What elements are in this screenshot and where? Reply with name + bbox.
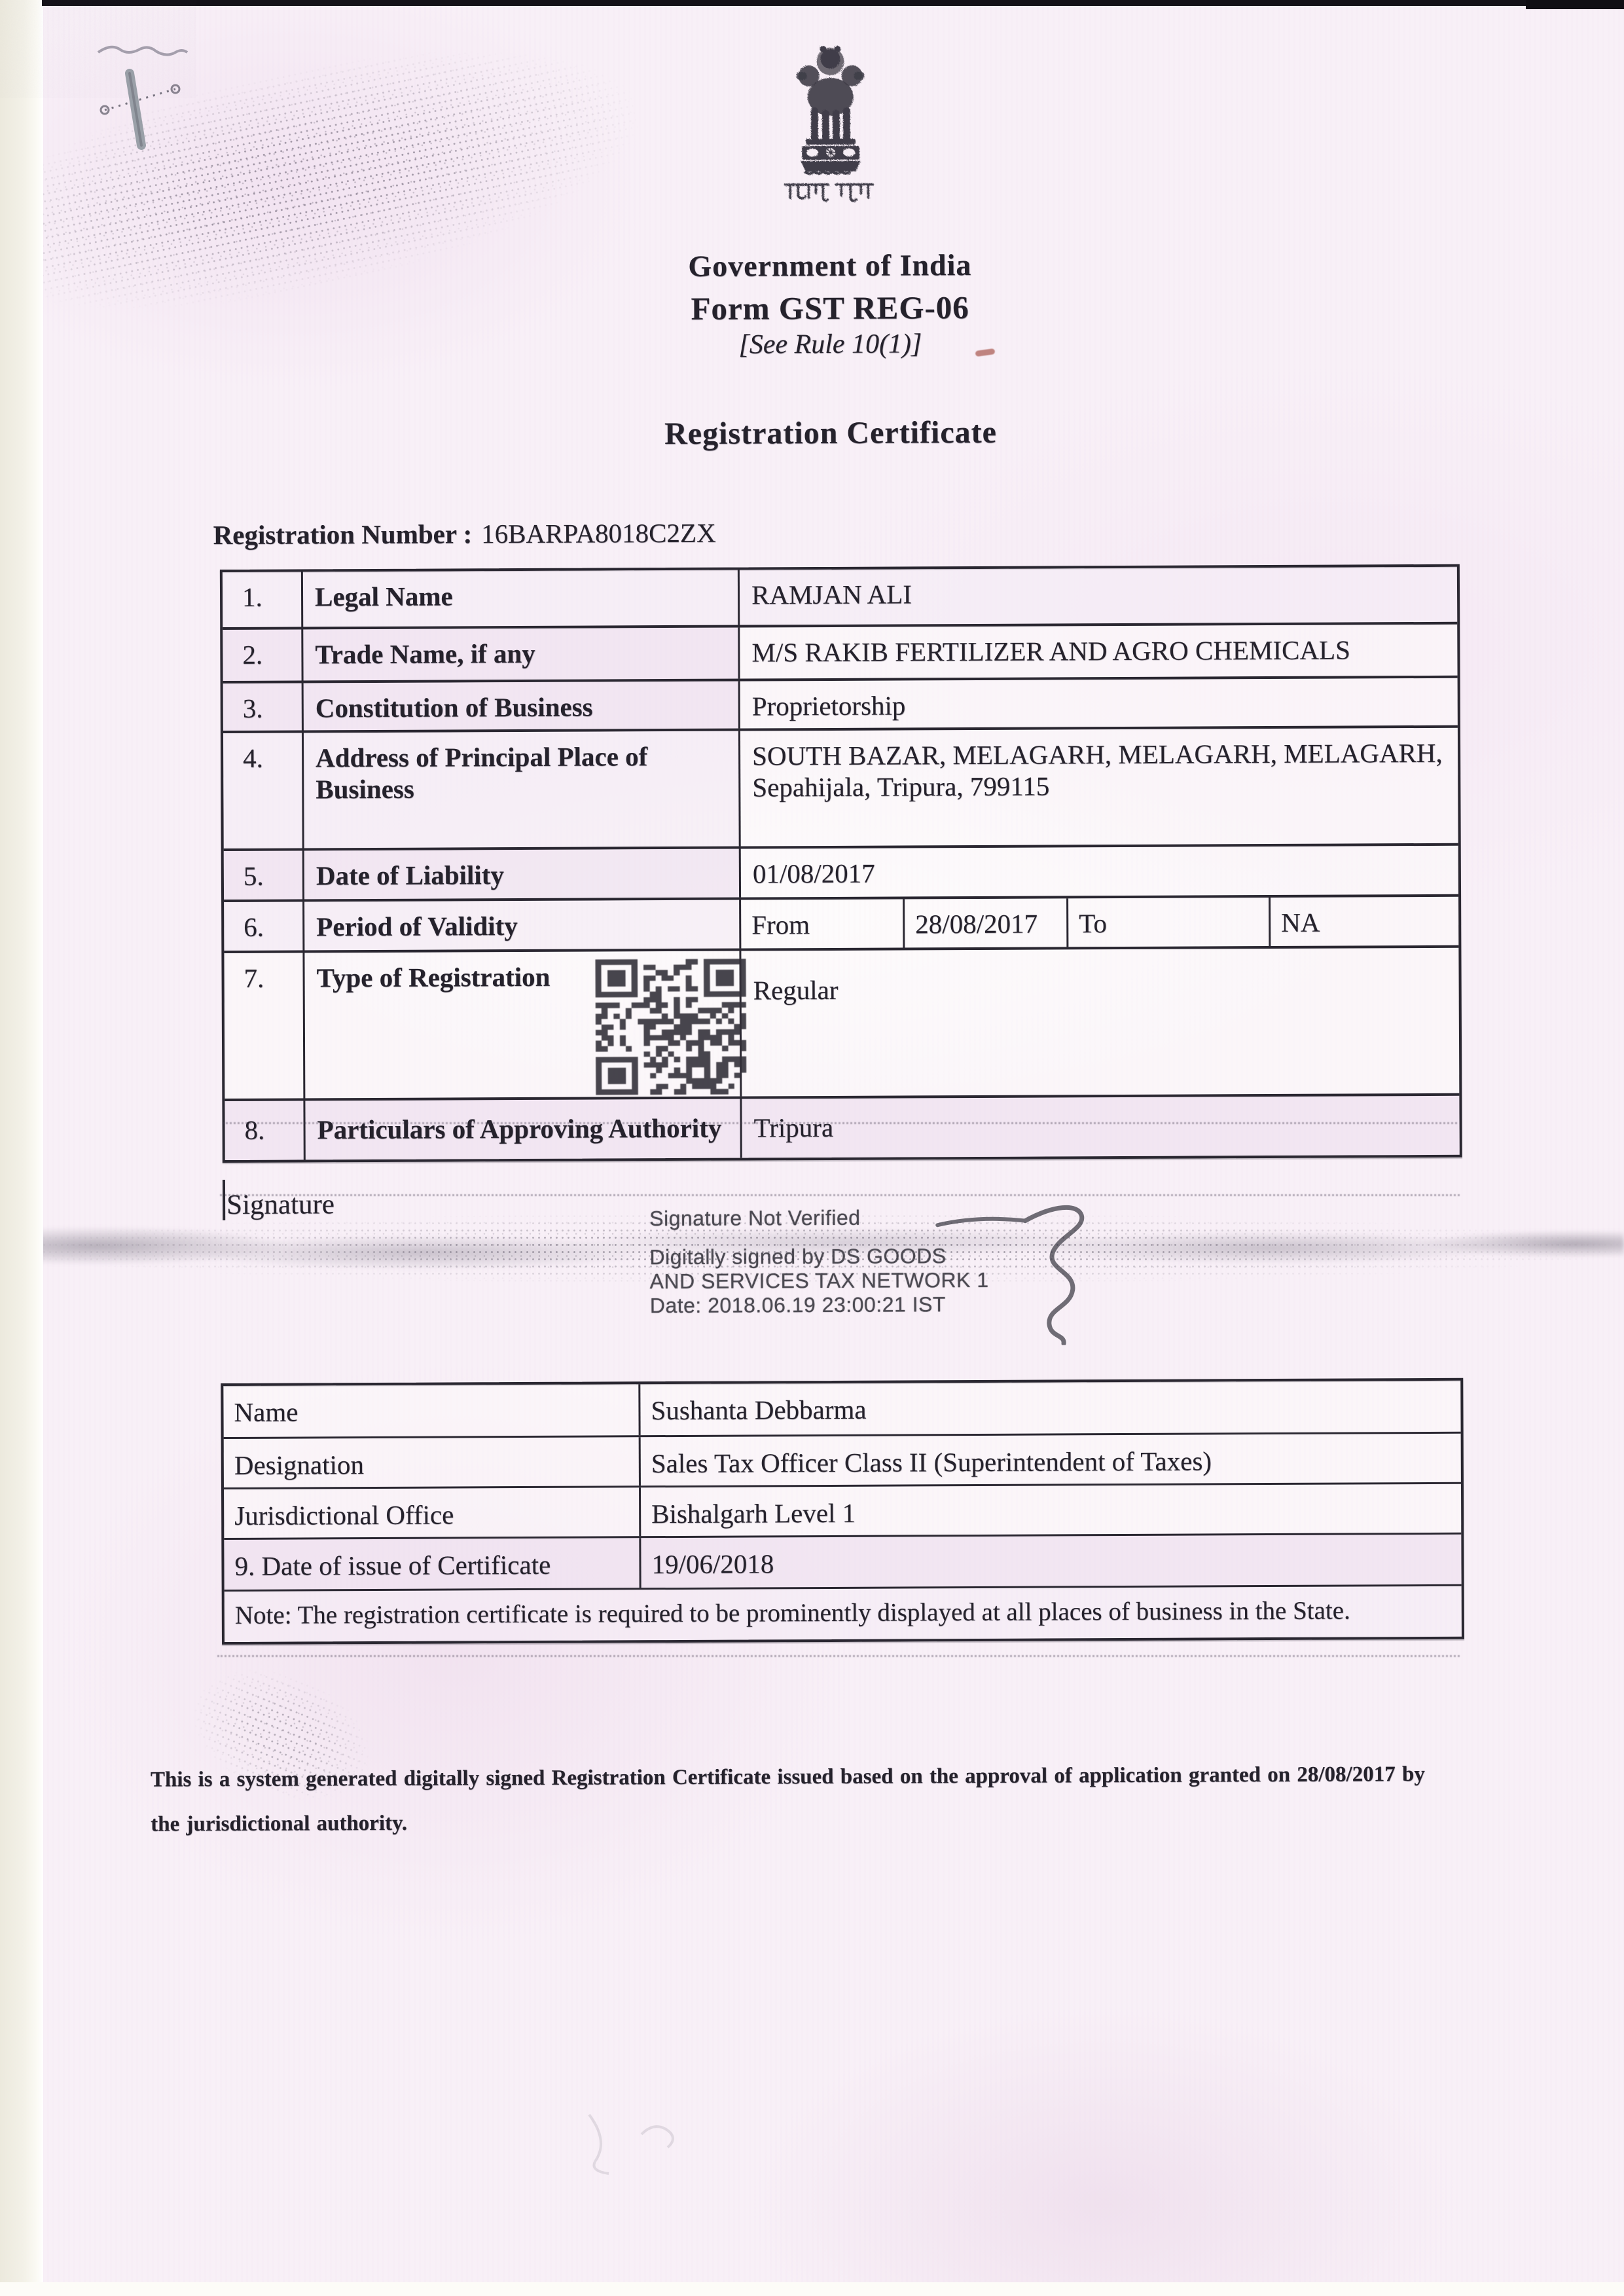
- validity-from-label: From: [741, 899, 903, 948]
- scan-edge-top: [42, 0, 1624, 6]
- row-value: RAMJAN ALI: [738, 567, 1457, 625]
- validity-cells: From 28/08/2017 To NA: [739, 897, 1458, 949]
- document-title: Registration Certificate: [664, 414, 997, 452]
- row-value: Proprietorship: [738, 678, 1458, 729]
- table-row: 8. Particulars of Approving Authority Tr…: [225, 1093, 1459, 1160]
- row-number: 8.: [225, 1101, 303, 1160]
- table-border-stub: [223, 1180, 225, 1220]
- row-value: Regular: [739, 948, 1459, 1097]
- table-row-period-of-validity: 6. Period of Validity From 28/08/2017 To…: [224, 894, 1458, 951]
- row-label: Period of Validity: [302, 900, 739, 951]
- validity-to-label: To: [1066, 898, 1269, 947]
- satyameva-jayate-motto: [785, 185, 873, 202]
- signature-label: Signature: [226, 1188, 334, 1221]
- table-row: Name Sushanta Debbarma: [223, 1381, 1460, 1437]
- row-label: 9. Date of issue of Certificate: [224, 1538, 639, 1590]
- document-content: Government of India Form GST REG-06 [See…: [0, 0, 1624, 2296]
- row-number: 6.: [224, 902, 302, 951]
- emblem-of-india: [778, 39, 883, 204]
- table-row: Designation Sales Tax Officer Class II (…: [224, 1432, 1461, 1487]
- validity-from-value: 28/08/2017: [903, 898, 1066, 947]
- system-generated-note: This is a system generated digitally sig…: [151, 1751, 1611, 1847]
- row-label: Trade Name, if any: [301, 628, 738, 681]
- note-text: Note: The registration certificate is re…: [225, 1586, 1462, 1630]
- registration-number-line: Registration Number :16BARPA8018C2ZX: [213, 517, 716, 551]
- stamp-line: Signature Not Verified: [649, 1205, 988, 1231]
- row-value: Tripura: [740, 1096, 1459, 1158]
- note-row: Note: The registration certificate is re…: [225, 1584, 1462, 1642]
- qr-code: [595, 959, 746, 1095]
- approving-officer-table: Name Sushanta Debbarma Designation Sales…: [221, 1378, 1464, 1645]
- row-label: Legal Name: [301, 570, 738, 627]
- lion-capital: [796, 46, 865, 173]
- row-value: SOUTH BAZAR, MELAGARH, MELAGARH, MELAGAR…: [738, 728, 1458, 847]
- scanner-edge-left: [0, 0, 43, 2296]
- table-row: Jurisdictional Office Bishalgarh Level 1: [224, 1482, 1461, 1538]
- row-label: Name: [223, 1384, 638, 1437]
- government-title: Government of India: [688, 247, 971, 283]
- table-row: 4. Address of Principal Place of Busines…: [223, 725, 1458, 848]
- form-title: Form GST REG-06: [691, 289, 969, 327]
- row-value: Sales Tax Officer Class II (Superintende…: [639, 1434, 1461, 1485]
- row-label: Constitution of Business: [302, 682, 738, 731]
- stamp-line: Date: 2018.06.19 23:00:21 IST: [650, 1292, 989, 1318]
- row-value: M/S RAKIB FERTILIZER AND AGRO CHEMICALS: [738, 625, 1457, 679]
- rule-reference: [See Rule 10(1)]: [738, 328, 922, 360]
- registration-number-label: Registration Number :: [213, 519, 473, 550]
- row-number: 5.: [224, 850, 302, 900]
- row-number: 1.: [223, 572, 301, 627]
- row-number: 7.: [224, 953, 303, 1099]
- scanner-edge-bottom: [0, 2282, 1624, 2296]
- row-number: 4.: [223, 733, 302, 848]
- digital-signature-stamp: Signature Not Verified Digitally signed …: [649, 1205, 989, 1318]
- table-row: 1. Legal Name RAMJAN ALI: [223, 567, 1457, 627]
- validity-to-value: NA: [1269, 897, 1458, 946]
- table-row: 3. Constitution of Business Proprietorsh…: [223, 676, 1458, 731]
- registration-number-value: 16BARPA8018C2ZX: [481, 518, 716, 549]
- row-number: 3.: [223, 683, 302, 731]
- row-label: Date of Liability: [302, 849, 739, 900]
- registration-details-table: 1. Legal Name RAMJAN ALI 2. Trade Name, …: [220, 564, 1462, 1163]
- table-row: 2. Trade Name, if any M/S RAKIB FERTILIZ…: [223, 622, 1457, 681]
- stamp-line: AND SERVICES TAX NETWORK 1: [650, 1268, 989, 1294]
- row-label: Address of Principal Place of Business: [302, 731, 739, 848]
- row-value: Sushanta Debbarma: [638, 1381, 1460, 1435]
- stamp-line: Digitally signed by DS GOODS: [649, 1244, 988, 1269]
- row-value: Bishalgarh Level 1: [639, 1484, 1461, 1536]
- row-label: Designation: [224, 1437, 639, 1487]
- scan-edge-top-right: [1526, 0, 1624, 9]
- table-row-type-of-registration: 7. Type of Registration Regular: [224, 945, 1459, 1099]
- table-row: 9. Date of issue of Certificate 19/06/20…: [224, 1533, 1461, 1590]
- row-value: 19/06/2018: [639, 1535, 1461, 1588]
- row-label: Jurisdictional Office: [224, 1487, 639, 1538]
- row-label: Particulars of Approving Authority: [303, 1099, 740, 1160]
- row-number: 2.: [223, 629, 301, 681]
- scanned-certificate-page: Government of India Form GST REG-06 [See…: [0, 0, 1624, 2296]
- row-value: 01/08/2017: [739, 846, 1458, 898]
- table-row: 5. Date of Liability 01/08/2017: [224, 843, 1458, 900]
